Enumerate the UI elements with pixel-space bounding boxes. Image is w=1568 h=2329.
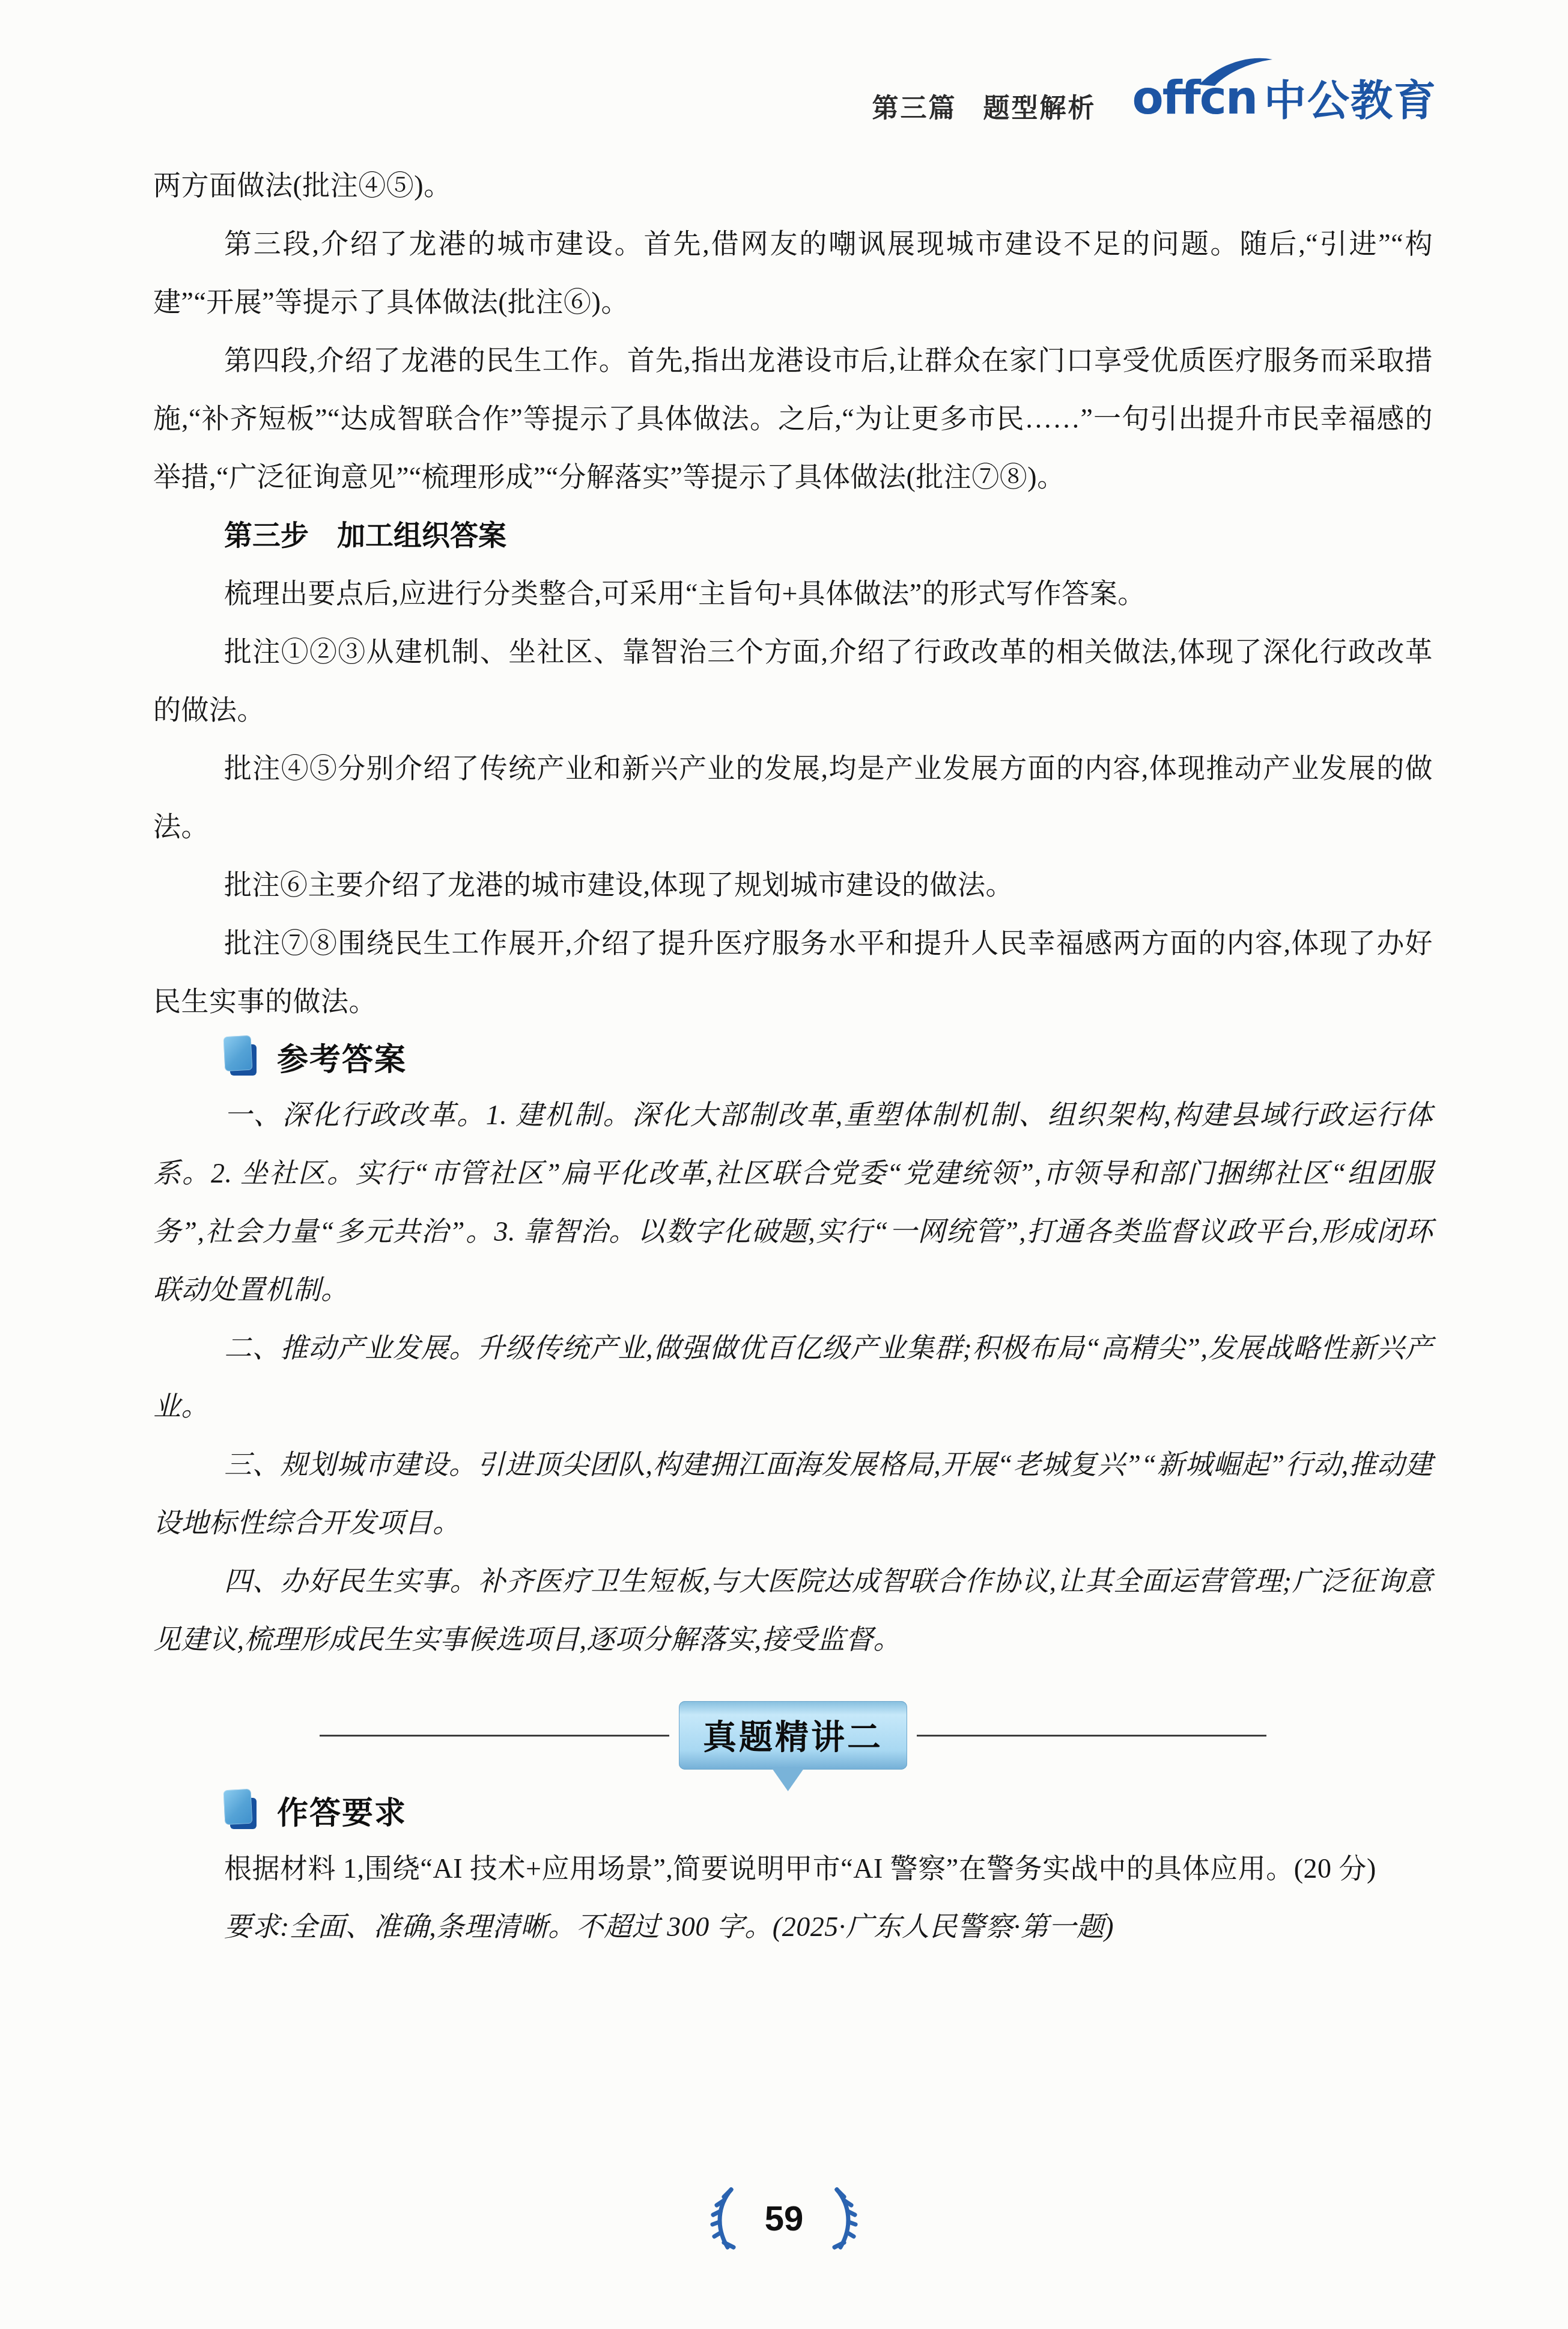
- chapter-label: 第三篇: [872, 87, 957, 125]
- running-head: 第三篇 题型解析: [872, 71, 1096, 125]
- brand-logo: offcn 中公教育: [1132, 67, 1438, 128]
- logo-cn-label: 中公教育: [1264, 67, 1437, 128]
- answer-paragraph: 一、深化行政改革。1. 建机制。深化大部制改革,重塑体制机制、组织架构,构建县域…: [153, 1086, 1433, 1319]
- page-number: 59: [765, 2199, 804, 2239]
- step3-heading: 第三步 加工组织答案: [153, 506, 1433, 564]
- section-label: 题型解析: [983, 87, 1096, 125]
- paragraph: 第四段,介绍了龙港的民生工作。首先,指出龙港设市后,让群众在家门口享受优质医疗服…: [153, 331, 1433, 506]
- document-icon: [224, 1789, 259, 1830]
- page-footer: 59: [0, 2185, 1568, 2252]
- paragraph: 梳理出要点后,应进行分类整合,可采用“主旨句+具体做法”的形式写作答案。: [153, 564, 1433, 623]
- task-requirement: 要求:全面、准确,条理清晰。不超过 300 字。(2025·广东人民警察·第一题…: [153, 1898, 1433, 1956]
- banner-label: 真题精讲二: [703, 1718, 883, 1756]
- reference-answer-header: 参考答案: [224, 1034, 1433, 1079]
- laurel-right-icon: [830, 2185, 861, 2252]
- divider-rule-left: [320, 1735, 669, 1737]
- logo-wordmark: offcn: [1132, 75, 1257, 121]
- paragraph: 批注④⑤分别介绍了传统产业和新兴产业的发展,均是产业发展方面的内容,体现推动产业…: [153, 739, 1433, 856]
- task-header: 作答要求: [224, 1788, 1433, 1832]
- page-body: 两方面做法(批注④⑤)。 第三段,介绍了龙港的城市建设。首先,借网友的嘲讽展现城…: [153, 156, 1433, 1956]
- topic-banner: 真题精讲二: [679, 1701, 907, 1770]
- paragraph: 批注⑥主要介绍了龙港的城市建设,体现了规划城市建设的做法。: [153, 856, 1433, 914]
- page: 第三篇 题型解析 offcn 中公教育 两方面做法(批注④⑤)。 第三段,介绍了…: [0, 0, 1568, 2329]
- divider-rule-right: [917, 1735, 1266, 1737]
- document-icon: [224, 1036, 259, 1077]
- laurel-left-icon: [707, 2185, 738, 2252]
- task-question: 根据材料 1,围绕“AI 技术+应用场景”,简要说明甲市“AI 警察”在警务实战…: [153, 1839, 1433, 1898]
- paragraph: 批注⑦⑧围绕民生工作展开,介绍了提升医疗服务水平和提升人民幸福感两方面的内容,体…: [153, 914, 1433, 1031]
- reference-answer-title: 参考答案: [277, 1034, 407, 1079]
- paragraph: 批注①②③从建机制、坐社区、靠智治三个方面,介绍了行政改革的相关做法,体现了深化…: [153, 623, 1433, 739]
- logo-swoosh-icon: [1197, 53, 1275, 88]
- task-title: 作答要求: [277, 1788, 407, 1833]
- paragraph: 第三段,介绍了龙港的城市建设。首先,借网友的嘲讽展现城市建设不足的问题。随后,“…: [153, 215, 1433, 331]
- answer-paragraph: 三、规划城市建设。引进顶尖团队,构建拥江面海发展格局,开展“老城复兴”“新城崛起…: [153, 1435, 1433, 1552]
- page-header: 第三篇 题型解析 offcn 中公教育: [872, 67, 1438, 128]
- topic-divider: 真题精讲二: [153, 1701, 1433, 1770]
- answer-paragraph: 四、办好民生实事。补齐医疗卫生短板,与大医院达成智联合作协议,让其全面运营管理;…: [153, 1552, 1433, 1669]
- paragraph-lead: 两方面做法(批注④⑤)。: [153, 156, 1433, 215]
- answer-paragraph: 二、推动产业发展。升级传统产业,做强做优百亿级产业集群;积极布局“高精尖”,发展…: [153, 1319, 1433, 1435]
